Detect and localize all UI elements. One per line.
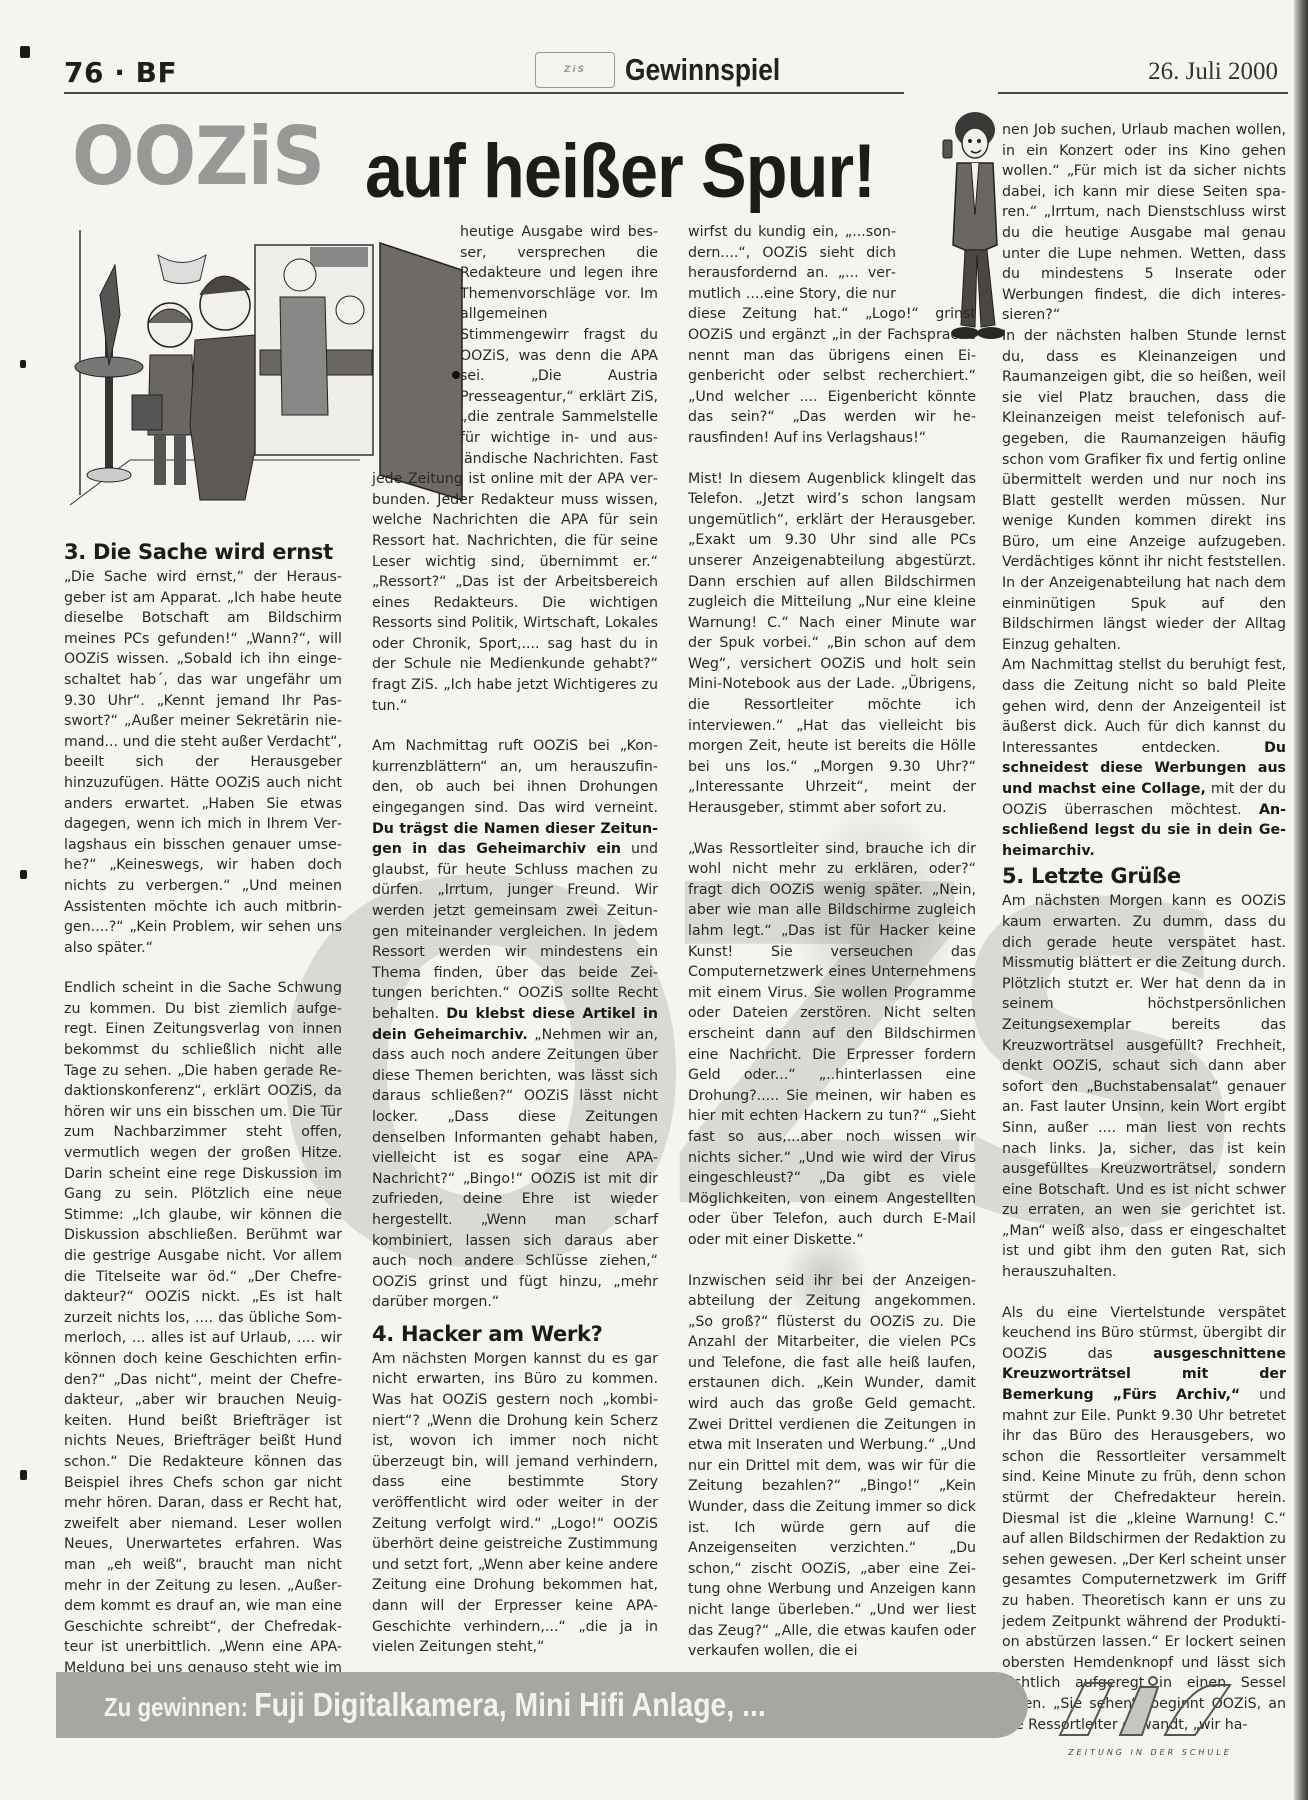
article-column-1: 3. Die Sache wird ernst „Die Sache wird …	[64, 537, 342, 1699]
header-rule	[64, 92, 904, 94]
paragraph: Endlich scheint in die Sache Schwung zu …	[64, 978, 342, 1699]
scan-mark	[20, 46, 30, 58]
article-column-4: nen Job suchen, Urlaub machen wol­len, i…	[1002, 120, 1286, 1735]
header-rule	[998, 92, 1288, 94]
paragraph: Am Nachmittag ruft OOZiS bei „Kon­kurren…	[372, 736, 658, 1313]
paragraph: Am Nachmittag stellst du beruhigt fest, …	[1002, 655, 1286, 861]
section-header: ZiS Gewinnspiel	[535, 52, 808, 88]
article-column-2: heutige Ausgabe wird bes­ser, verspreche…	[372, 222, 658, 1658]
article-column-3: wirfst du kundig ein, „...son­dern....“,…	[688, 222, 976, 1662]
zis-mini-logo-icon: ZiS	[535, 52, 615, 88]
section-heading-5: 5. Letzte Grüße	[1002, 861, 1286, 891]
title-brand: OOZiS	[72, 110, 324, 203]
paragraph: Inzwischen seid ihr bei der Anzeigen­abt…	[688, 1271, 976, 1662]
svg-text:ZEITUNG IN DER SCHULE: ZEITUNG IN DER SCHULE	[1067, 1748, 1232, 1757]
zis-logo-icon: ZEITUNG IN DER SCHULE	[1050, 1675, 1250, 1765]
section-heading-4: 4. Hacker am Werk?	[372, 1319, 658, 1349]
paragraph: Am nächsten Morgen kannst du es gar nich…	[372, 1349, 658, 1658]
scan-mark	[20, 870, 27, 879]
scan-mark	[20, 360, 26, 368]
prize-banner: Zu gewinnen: Fuji Digitalkamera, Mini Hi…	[56, 1672, 1028, 1738]
section-heading-3: 3. Die Sache wird ernst	[64, 537, 342, 567]
page-number: 76 · BF	[64, 56, 177, 89]
newspaper-page: O Z S 76 · BF ZiS Gewinnspiel 26. Juli 2…	[0, 0, 1308, 1800]
issue-date: 26. Juli 2000	[1148, 58, 1278, 86]
paragraph: „Die Sache wird ernst,“ der Heraus­geber…	[64, 567, 342, 958]
paragraph: Als du eine Viertelstunde verspätet keuc…	[1002, 1303, 1286, 1735]
title-headline: auf heißer Spur!	[365, 128, 875, 215]
paragraph: „Was Ressortleiter sind, brauche ich dir…	[688, 839, 976, 1251]
paragraph: In der nächsten halben Stunde lernst du,…	[1002, 326, 1286, 656]
banner-prizes: Fuji Digitalkamera, Mini Hifi Anlage, ..…	[254, 1686, 765, 1723]
scan-mark	[20, 1470, 27, 1480]
paragraph: Am nächsten Morgen kann es OOZiS kaum er…	[1002, 891, 1286, 1282]
section-title: Gewinnspiel	[625, 52, 780, 88]
banner-lead: Zu gewinnen:	[104, 1692, 254, 1722]
scan-edge	[1294, 0, 1308, 1800]
task-instruction: Du trägst die Namen dieser Zeitun­gen in…	[372, 821, 658, 858]
paragraph: nen Job suchen, Urlaub machen wol­len, i…	[1002, 120, 1286, 326]
paragraph: Mist! In diesem Augenblick klingelt das …	[688, 469, 976, 819]
